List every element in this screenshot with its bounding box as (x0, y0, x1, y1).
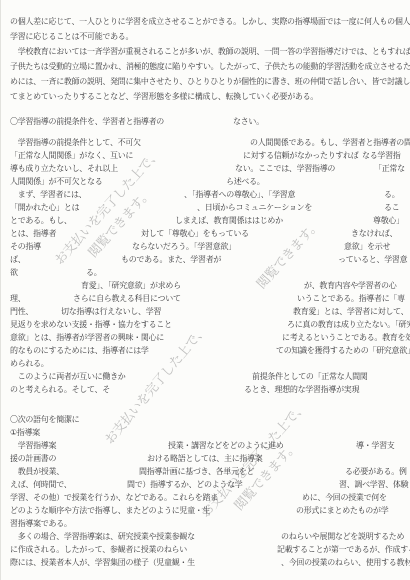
text-segment: ①指導案 (10, 428, 40, 438)
text-segment: 学習に応じることは不可能である。 (10, 32, 133, 42)
text-segment: 教育愛」とは、学習者に対して、 (293, 307, 408, 317)
text-segment: 「正常な人間関係」がなく、互いに (10, 151, 133, 161)
text-segment: 「開かれた心」とは (10, 203, 79, 213)
text-segment: 前提条件としての「正常な人間関 (252, 372, 368, 382)
text-segment: てまとめていったりすることなど、学習形態を多様に構成し、転換していく必要がある。 (10, 92, 318, 102)
text-segment: 人間関係」が不可欠となる (10, 177, 102, 187)
text-line: 「正常な人間関係」がなく、互いにに対する信頼がなかったりすればなる学習指 (0, 151, 410, 163)
text-segment: とである。もし、 (10, 216, 72, 226)
text-segment: ない。ここでは、学習指導の (235, 164, 335, 174)
text-segment: 学習指導案 (10, 441, 56, 451)
text-segment: なさい。 (233, 117, 264, 127)
text-segment: 切な指導は行えないし、学習 (61, 307, 161, 317)
text-line: 「開かれた心」とは、日頃からコミュニケーションをるこ (0, 203, 410, 215)
text-segment: 子供たちは受動的立場に置かれ、消極的態度に陥りやすい。したがって、子供たちの能動… (10, 62, 410, 72)
text-line: 教員が授業、間指導計画に基づき、各単元をどる必要がある。例 (0, 467, 410, 479)
text-segment: まず、学習者には、 (10, 190, 86, 200)
text-line: えば、何時間で、間で）指導するか、どのような学習、調べ学習、体験 (0, 480, 410, 492)
text-segment: に作成される。したがって、参観者に授業のねらい (10, 545, 187, 555)
text-segment: 〇学習指導の前提条件を、学習者と指導者の (10, 117, 164, 127)
text-segment: 際には、授業者本人が、学習集団の様子（児童観・生 (10, 558, 195, 568)
text-line: 習指導案である。 (0, 519, 410, 531)
text-segment: 記載することが第一であるが、作成する (277, 545, 410, 555)
text-segment: に対する信頼がなかったりすれば (243, 151, 359, 161)
text-line: まず、学習者には、、「指導者への尊敬心」、「学習意る。 (0, 190, 410, 202)
text-line: 学習、その他）で授業を行うか、などである。これらを踏まめに、今回の授業で何を (0, 493, 410, 505)
text-segment: めには、一斉に教師の説明、発問に集中させたり、ひとりひとりが個性的に書き、班の仲… (10, 77, 410, 87)
text-segment: 理、 (10, 294, 25, 304)
text-segment: るとき、理想的な学習指導が実現 (244, 385, 359, 395)
text-line: 子供たちは受動的立場に置かれ、消極的態度に陥りやすい。したがって、子供たちの能動… (0, 62, 410, 74)
text-segment: 教員が授業、 (10, 467, 64, 477)
text-segment: えば、何時間で、 (10, 480, 71, 490)
text-segment: る必要がある。例 (345, 467, 407, 477)
text-segment: ての知識を獲得するための「研究意欲」が求 (276, 346, 410, 356)
text-segment: ら述べる。 (226, 177, 265, 187)
text-segment: 、「指導者への尊敬心」、「学習意 (184, 190, 295, 200)
text-segment: 学習指導の前提条件として、不可欠 (10, 138, 141, 148)
text-segment: 導も成り立たないし、それ以上 (10, 164, 118, 174)
text-segment: めに、今回の授業で何を (302, 493, 387, 503)
text-segment: きなければ、 (351, 229, 397, 239)
text-segment: とは、指導者 (10, 229, 56, 239)
text-segment: の形式にまとめたものが学 (296, 506, 388, 516)
text-segment: 援の計画書の (10, 454, 56, 464)
text-line: 育愛」、「研究意欲」が求めらが、教育内容や学習者の心 (0, 281, 410, 293)
text-segment: このように両者が互いに働きか (10, 372, 126, 382)
text-segment: 門性、 (10, 307, 33, 317)
text-line: 欲る。 (0, 268, 410, 280)
text-segment: のねらいや展開などを説明するため (281, 532, 404, 542)
text-segment: 〇次の語句を簡潔に (10, 415, 79, 425)
text-segment: 「正常な (374, 164, 405, 174)
text-segment: しまえば、教育関係ははじめか (175, 216, 283, 226)
text-line: 学習指導の前提条件として、不可欠の人間関係である。もし、学習者と指導者の間に (0, 138, 410, 150)
text-segment: 対して「尊敬心」をもっている (141, 229, 249, 239)
text-segment: どのような順序や方法で指導し、またどのように児童・生 (10, 506, 210, 516)
text-segment: いうことである。指導者に「専 (297, 294, 405, 304)
text-segment: 学校教育においては一斉学習が重視されることが多いが、教師の説明、一問一答の学習指… (10, 47, 410, 57)
text-line: 〇学習指導の前提条件を、学習者と指導者のなさい。 (0, 117, 410, 129)
text-segment: 、日頃からコミュニケーションを (197, 203, 312, 213)
text-segment: る。 (86, 268, 101, 278)
text-segment: 導・学習支 (356, 441, 395, 451)
text-segment: 育愛」、「研究意欲」が求めら (81, 281, 181, 291)
text-line: とである。もし、しまえば、教育関係ははじめか尊敬心」 (0, 216, 410, 228)
text-line: ①指導案 (0, 428, 410, 440)
text-line: 理、さらに自ら教える科目についていうことである。指導者に「専 (0, 294, 410, 306)
text-line: に作成される。したがって、参観者に授業のねらい記載することが第一であるが、作成す… (0, 545, 410, 557)
text-line: 学校教育においては一斉学習が重視されることが多いが、教師の説明、一問一答の学習指… (0, 47, 410, 59)
text-line: めには、一斉に教師の説明、発問に集中させたり、ひとりひとりが個性的に書き、班の仲… (0, 77, 410, 89)
document-page: お支払いを完了した上で、閲覧できます。閲覧できます。お支払いを完了した上で、お支… (0, 0, 410, 580)
text-segment: 的なものにするためには、指導者には学 (10, 346, 149, 356)
text-segment: その指導 (10, 242, 41, 252)
text-segment: ろに真の教育は成り立たない。「研究 (287, 320, 410, 330)
text-segment: 学習、その他）で授業を行うか、などである。これらを踏ま (10, 493, 218, 503)
text-segment: 間で）指導するか、どのような学 (127, 480, 243, 490)
text-segment: の人間関係である。もし、学習者と指導者の間に (250, 138, 410, 148)
text-segment: ならないだろう。「学習意欲」 (132, 242, 236, 252)
text-segment: 間指導計画に基づき、各単元をど (139, 467, 254, 477)
text-segment: る。 (384, 190, 399, 200)
text-segment: 尊敬心」 (373, 216, 404, 226)
text-segment: に考えるということである。教育を効果 (282, 333, 410, 343)
text-line: 学習に応じることは不可能である。 (0, 32, 410, 44)
text-line: その指導ならないだろう。「学習意欲」意欲」を示せ (0, 242, 410, 254)
text-line: 導も成り立たないし、それ以上ない。ここでは、学習指導の「正常な (0, 164, 410, 176)
text-segment: 多くの場合、学習指導案は、研究授業や授業参観な (10, 532, 195, 542)
text-segment: ば、 (10, 255, 25, 265)
text-line: ば、ものである。また、学習者がっていると、学習意 (0, 255, 410, 267)
text-line: このように両者が互いに働きか前提条件としての「正常な人間関 (0, 372, 410, 384)
text-segment: さらに自ら教える科目について (73, 294, 181, 304)
text-line: てまとめていったりすることなど、学習形態を多様に構成し、転換していく必要がある。 (0, 92, 410, 104)
text-line: 意欲」とは、指導者が学習者の興味・関心にに考えるということである。教育を効果 (0, 333, 410, 345)
text-segment: 意欲」を示せ (344, 242, 390, 252)
text-line: 人間関係」が不可欠となるら述べる。 (0, 177, 410, 189)
text-line: められる。 (0, 359, 410, 371)
text-segment: っていると、学習意 (338, 255, 407, 265)
text-line: どのような順序や方法で指導し、またどのように児童・生の形式にまとめたものが学 (0, 506, 410, 518)
text-line: 援の計画書のおける略語としては、主に指導案 (0, 454, 410, 466)
text-line: のと考えられる。そして、そるとき、理想的な学習指導が実現 (0, 385, 410, 397)
text-line: 際には、授業者本人が、学習集団の様子（児童観・生、今回の授業のねらい、使用する教… (0, 558, 410, 570)
text-segment: なる学習指 (362, 151, 401, 161)
text-segment: のと考えられる。そして、そ (10, 385, 110, 395)
text-segment: の個人差に応じて、一人ひとりに学習を成立させることができる。しかし、実際の指導場… (10, 17, 410, 27)
text-segment: 授業・講習などをどのように進め (168, 441, 284, 451)
text-segment: 意欲」とは、指導者が学習者の興味・関心に (10, 333, 164, 343)
text-segment: 欲 (10, 268, 18, 278)
text-line: 多くの場合、学習指導案は、研究授業や授業参観なのねらいや展開などを説明するため (0, 532, 410, 544)
text-segment: が、教育内容や学習者の心 (304, 281, 396, 291)
text-segment: るこ (384, 203, 399, 213)
text-segment: ものである。また、学習者が (121, 255, 221, 265)
text-line: 門性、切な指導は行えないし、学習教育愛」とは、学習者に対して、 (0, 307, 410, 319)
text-line: 見返りを求めない支援・指導・協力をすることろに真の教育は成り立たない。「研究 (0, 320, 410, 332)
text-line: の個人差に応じて、一人ひとりに学習を成立させることができる。しかし、実際の指導場… (0, 17, 410, 29)
text-segment: められる。 (10, 359, 49, 369)
text-line: 的なものにするためには、指導者には学ての知識を獲得するための「研究意欲」が求 (0, 346, 410, 358)
text-line: 〇次の語句を簡潔に (0, 415, 410, 427)
text-segment: 習、調べ学習、体験 (339, 480, 408, 490)
text-segment: 見返りを求めない支援・指導・協力をすること (10, 320, 172, 330)
text-segment: おける略語としては、主に指導案 (147, 454, 263, 464)
text-line: 学習指導案授業・講習などをどのように進め導・学習支 (0, 441, 410, 453)
text-line: とは、指導者対して「尊敬心」をもっているきなければ、 (0, 229, 410, 241)
text-segment: 、今回の授業のねらい、使用する教材に対 (281, 558, 410, 568)
text-segment: 習指導案である。 (10, 519, 72, 529)
